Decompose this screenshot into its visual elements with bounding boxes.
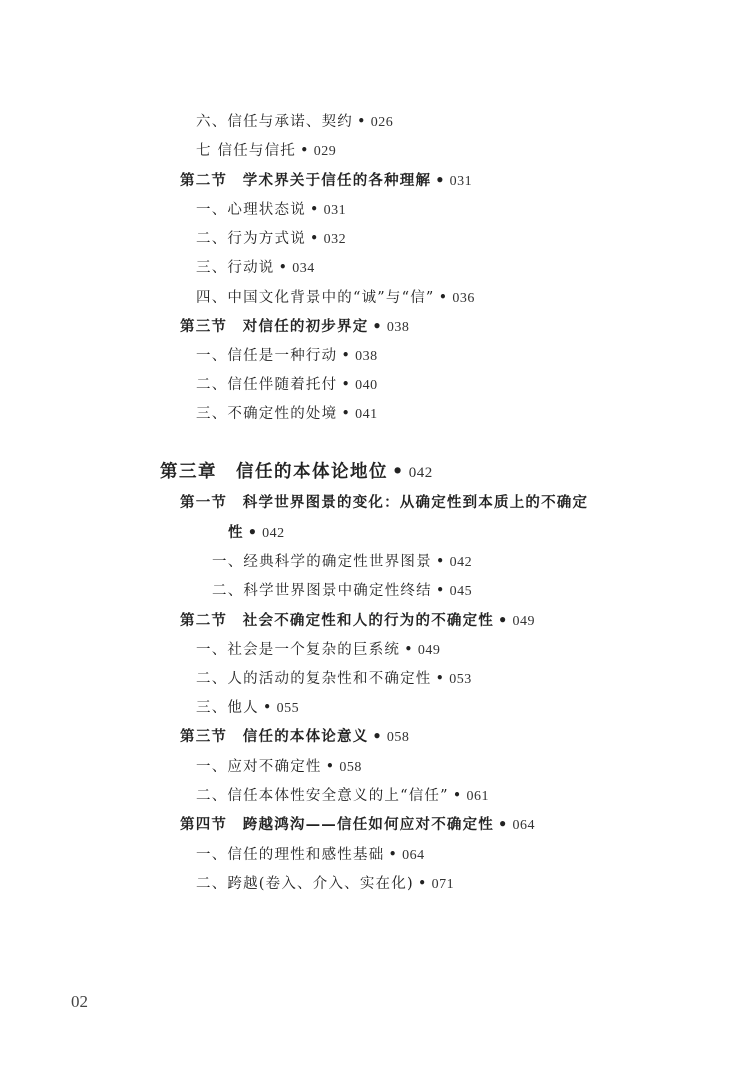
section-title: 第三节 信任的本体论意义 — [180, 728, 368, 745]
page-number: 042 — [262, 526, 285, 541]
separator-dot: • — [418, 876, 428, 892]
page-number: 036 — [452, 291, 475, 306]
toc-section: 第二节 学术界关于信任的各种理解•031 — [180, 171, 472, 192]
separator-dot: • — [388, 847, 398, 863]
entry-title: 二、人的活动的复杂性和不确定性 — [196, 671, 432, 687]
toc-entry: 一、应对不确定性•058 — [196, 757, 362, 778]
entry-title: 三、他人 — [196, 700, 259, 716]
entry-title: 一、应对不确定性 — [196, 759, 322, 775]
separator-dot: • — [435, 172, 445, 189]
toc-entry: 一、信任是一种行动•038 — [196, 346, 378, 367]
page-number: 038 — [355, 349, 378, 364]
page-number: 038 — [387, 320, 410, 335]
toc-entry: 二、信任伴随着托付•040 — [196, 375, 378, 396]
separator-dot: • — [498, 612, 508, 629]
entry-title: 一、心理状态说 — [196, 202, 306, 218]
page-number: 049 — [418, 643, 441, 658]
page-number: 026 — [371, 115, 394, 130]
entry-title: 一、信任的理性和感性基础 — [196, 847, 384, 863]
entry-title: 二、跨越(卷入、介入、实在化) — [196, 876, 414, 892]
separator-dot: • — [372, 318, 382, 335]
page-number: 040 — [355, 378, 378, 393]
page-folio: 02 — [71, 992, 88, 1012]
page-number: 071 — [432, 877, 455, 892]
toc-section: 第三节 对信任的初步界定•038 — [180, 317, 409, 338]
page-number: 031 — [324, 203, 347, 218]
page-number: 042 — [450, 555, 473, 570]
toc-section: 第一节 科学世界图景的变化：从确定性到本质上的不确定 — [180, 493, 588, 513]
entry-title: 二、科学世界图景中确定性终结 — [212, 583, 432, 599]
separator-dot: • — [310, 202, 320, 218]
section-title-continued: 性 — [228, 524, 244, 541]
toc-entry: 一、经典科学的确定性世界图景•042 — [212, 552, 472, 573]
section-title: 第二节 学术界关于信任的各种理解 — [180, 172, 431, 189]
separator-dot: • — [404, 642, 414, 658]
page-number: 058 — [339, 760, 362, 775]
toc-chapter: 第三章 信任的本体论地位•042 — [160, 462, 433, 483]
separator-dot: • — [357, 114, 367, 130]
separator-dot: • — [341, 377, 351, 393]
toc-entry: 二、跨越(卷入、介入、实在化)•071 — [196, 874, 454, 895]
page-number: 042 — [409, 465, 433, 481]
toc-entry: 三、他人•055 — [196, 698, 299, 719]
chapter-title: 第三章 信任的本体论地位 — [160, 462, 388, 482]
separator-dot: • — [436, 554, 446, 570]
entry-title: 二、行为方式说 — [196, 231, 306, 247]
entry-title: 二、信任本体性安全意义的上“信任” — [196, 788, 449, 804]
separator-dot: • — [498, 816, 508, 833]
page-number: 064 — [512, 818, 535, 833]
separator-dot: • — [326, 759, 336, 775]
toc-section: 第四节 跨越鸿沟——信任如何应对不确定性•064 — [180, 815, 535, 836]
separator-dot: • — [392, 462, 405, 482]
toc-section: 第二节 社会不确定性和人的行为的不确定性•049 — [180, 611, 535, 632]
entry-title: 七 信任与信托 — [196, 143, 296, 159]
page-number: 045 — [450, 584, 473, 599]
toc-entry: 一、信任的理性和感性基础•064 — [196, 845, 425, 866]
section-title: 第一节 科学世界图景的变化：从确定性到本质上的不确定 — [180, 494, 588, 511]
separator-dot: • — [453, 788, 463, 804]
toc-entry: 四、中国文化背景中的“诚”与“信”•036 — [196, 288, 475, 309]
section-title: 第四节 跨越鸿沟——信任如何应对不确定性 — [180, 816, 494, 833]
separator-dot: • — [341, 406, 351, 422]
separator-dot: • — [436, 583, 446, 599]
entry-title: 一、经典科学的确定性世界图景 — [212, 554, 432, 570]
toc-entry: 一、心理状态说•031 — [196, 200, 346, 221]
page-number: 041 — [355, 407, 378, 422]
entry-title: 三、不确定性的处境 — [196, 406, 337, 422]
toc-entry: 七 信任与信托•029 — [196, 141, 336, 162]
section-title: 第二节 社会不确定性和人的行为的不确定性 — [180, 612, 494, 629]
entry-title: 一、信任是一种行动 — [196, 348, 337, 364]
page-number: 061 — [467, 789, 490, 804]
entry-title: 二、信任伴随着托付 — [196, 377, 337, 393]
toc-section: 第三节 信任的本体论意义•058 — [180, 727, 409, 748]
entry-title: 三、行动说 — [196, 260, 275, 276]
page-number: 031 — [450, 174, 473, 189]
separator-dot: • — [436, 671, 446, 687]
separator-dot: • — [300, 143, 310, 159]
toc-entry: 二、人的活动的复杂性和不确定性•053 — [196, 669, 472, 690]
separator-dot: • — [439, 290, 449, 306]
toc-entry: 三、行动说•034 — [196, 258, 315, 279]
entry-title: 一、社会是一个复杂的巨系统 — [196, 642, 400, 658]
toc-section-continuation: 性•042 — [228, 523, 285, 544]
separator-dot: • — [310, 231, 320, 247]
toc-entry: 二、信任本体性安全意义的上“信任”•061 — [196, 786, 489, 807]
page-number: 053 — [449, 672, 472, 687]
toc-entry: 一、社会是一个复杂的巨系统•049 — [196, 640, 440, 661]
toc-entry: 六、信任与承诺、契约•026 — [196, 112, 393, 133]
page-number: 049 — [512, 614, 535, 629]
page-number: 034 — [292, 261, 315, 276]
page-number: 058 — [387, 730, 410, 745]
separator-dot: • — [341, 348, 351, 364]
page-number: 064 — [402, 848, 425, 863]
page-number: 055 — [277, 701, 300, 716]
separator-dot: • — [263, 700, 273, 716]
toc-entry: 三、不确定性的处境•041 — [196, 404, 378, 425]
separator-dot: • — [279, 260, 289, 276]
page-number: 029 — [314, 144, 337, 159]
page-number: 032 — [324, 232, 347, 247]
separator-dot: • — [248, 524, 258, 541]
separator-dot: • — [372, 728, 382, 745]
entry-title: 四、中国文化背景中的“诚”与“信” — [196, 290, 435, 306]
toc-entry: 二、科学世界图景中确定性终结•045 — [212, 581, 472, 602]
entry-title: 六、信任与承诺、契约 — [196, 114, 353, 130]
toc-entry: 二、行为方式说•032 — [196, 229, 346, 250]
section-title: 第三节 对信任的初步界定 — [180, 318, 368, 335]
